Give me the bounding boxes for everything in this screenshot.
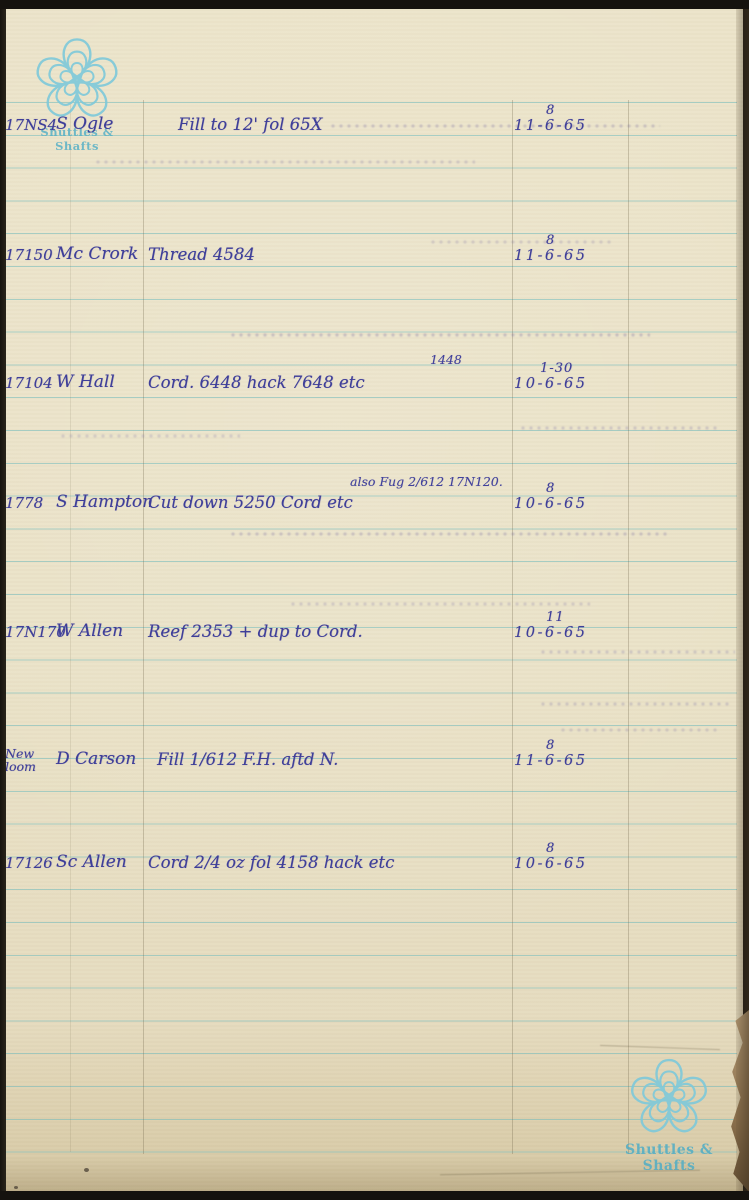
row-weaver-name: Sc Allen (56, 852, 127, 872)
row-loom-code: New loom (5, 747, 36, 773)
row-weaver-name: W Hall (56, 372, 115, 392)
row-date: 10-6-65 (514, 496, 587, 512)
page-right-edge (736, 9, 749, 1191)
bleedthrough-smudge (540, 700, 730, 709)
scan-top-edge (0, 0, 749, 9)
ledger-row: 17126 Sc Allen Cord 2/4 oz fol 4158 hack… (0, 844, 737, 874)
row-work-description: Fill 1/612 F.H. aftd N. (157, 750, 338, 769)
row-weaver-name: S Hampton (56, 492, 153, 512)
ink-speck (14, 1186, 18, 1189)
bleedthrough-smudge (230, 331, 650, 340)
ledger-row: New loom D Carson Fill 1/612 F.H. aftd N… (0, 741, 737, 771)
row-loom-code: 17NS4 (5, 116, 57, 134)
row-loom-code: 17126 (5, 854, 53, 872)
row-date: 10-6-65 (514, 625, 587, 641)
ledger-row: 17NS4 S Ogle Fill to 12' fol 65X 11-6-65… (0, 106, 737, 136)
page-left-edge (0, 0, 6, 1200)
row-date-superscript: 11 (546, 610, 565, 625)
row-work-description: Cord. 6448 hack 7648 etc (148, 373, 365, 392)
bleedthrough-smudge (290, 600, 590, 609)
bleedthrough-smudge (230, 530, 670, 539)
row-date: 10-6-65 (514, 856, 587, 872)
row-weaver-name: D Carson (56, 749, 136, 769)
row-weaver-name: S Ogle (56, 114, 113, 134)
bleedthrough-smudge (560, 726, 720, 735)
row-date-superscript: 1-30 (540, 361, 573, 376)
row-annotation: also Fug 2/612 17N120. (350, 474, 503, 489)
ledger-row: 17150 Mc Crork Thread 4584 11-6-65 8 (0, 236, 737, 266)
brand-watermark-bottom: Shuttles & Shafts (610, 1055, 728, 1174)
row-date-superscript: 8 (546, 481, 555, 496)
row-date: 11-6-65 (514, 118, 587, 134)
row-work-description: Fill to 12' fol 65X (178, 115, 322, 134)
row-loom-code: 1778 (5, 494, 43, 512)
row-date: 11-6-65 (514, 753, 587, 769)
knot-flower-icon (623, 1055, 715, 1141)
scan-bottom-edge (0, 1191, 749, 1200)
brand-wordmark: Shuttles & Shafts (610, 1142, 728, 1174)
row-work-description: Reef 2353 + dup to Cord. (148, 622, 363, 641)
bleedthrough-smudge (60, 432, 240, 441)
row-date: 11-6-65 (514, 248, 587, 264)
row-date: 10-6-65 (514, 376, 587, 392)
ledger-row: 17104 W Hall Cord. 6448 hack 7648 etc 10… (0, 364, 737, 394)
row-loom-code: 17150 (5, 246, 53, 264)
row-date-superscript: 8 (546, 233, 555, 248)
bleedthrough-smudge (540, 648, 735, 657)
row-work-description: Cut down 5250 Cord etc (148, 493, 353, 512)
bleedthrough-smudge (520, 424, 720, 433)
row-annotation: 1448 (430, 352, 462, 367)
row-date-superscript: 8 (546, 738, 555, 753)
row-date-superscript: 8 (546, 103, 555, 118)
row-date-superscript: 8 (546, 841, 555, 856)
bleedthrough-smudge (95, 158, 475, 167)
row-loom-code: 17104 (5, 374, 53, 392)
ledger-row: 17N170 W Allen Reef 2353 + dup to Cord. … (0, 613, 737, 643)
row-work-description: Thread 4584 (148, 245, 255, 264)
row-weaver-name: W Allen (56, 621, 123, 641)
scanned-ledger-page: Shuttles & Shafts Shuttles & Shafts 17NS… (0, 0, 749, 1200)
row-weaver-name: Mc Crork (56, 244, 138, 264)
row-work-description: Cord 2/4 oz fol 4158 hack etc (148, 853, 394, 872)
ink-speck (84, 1168, 89, 1172)
